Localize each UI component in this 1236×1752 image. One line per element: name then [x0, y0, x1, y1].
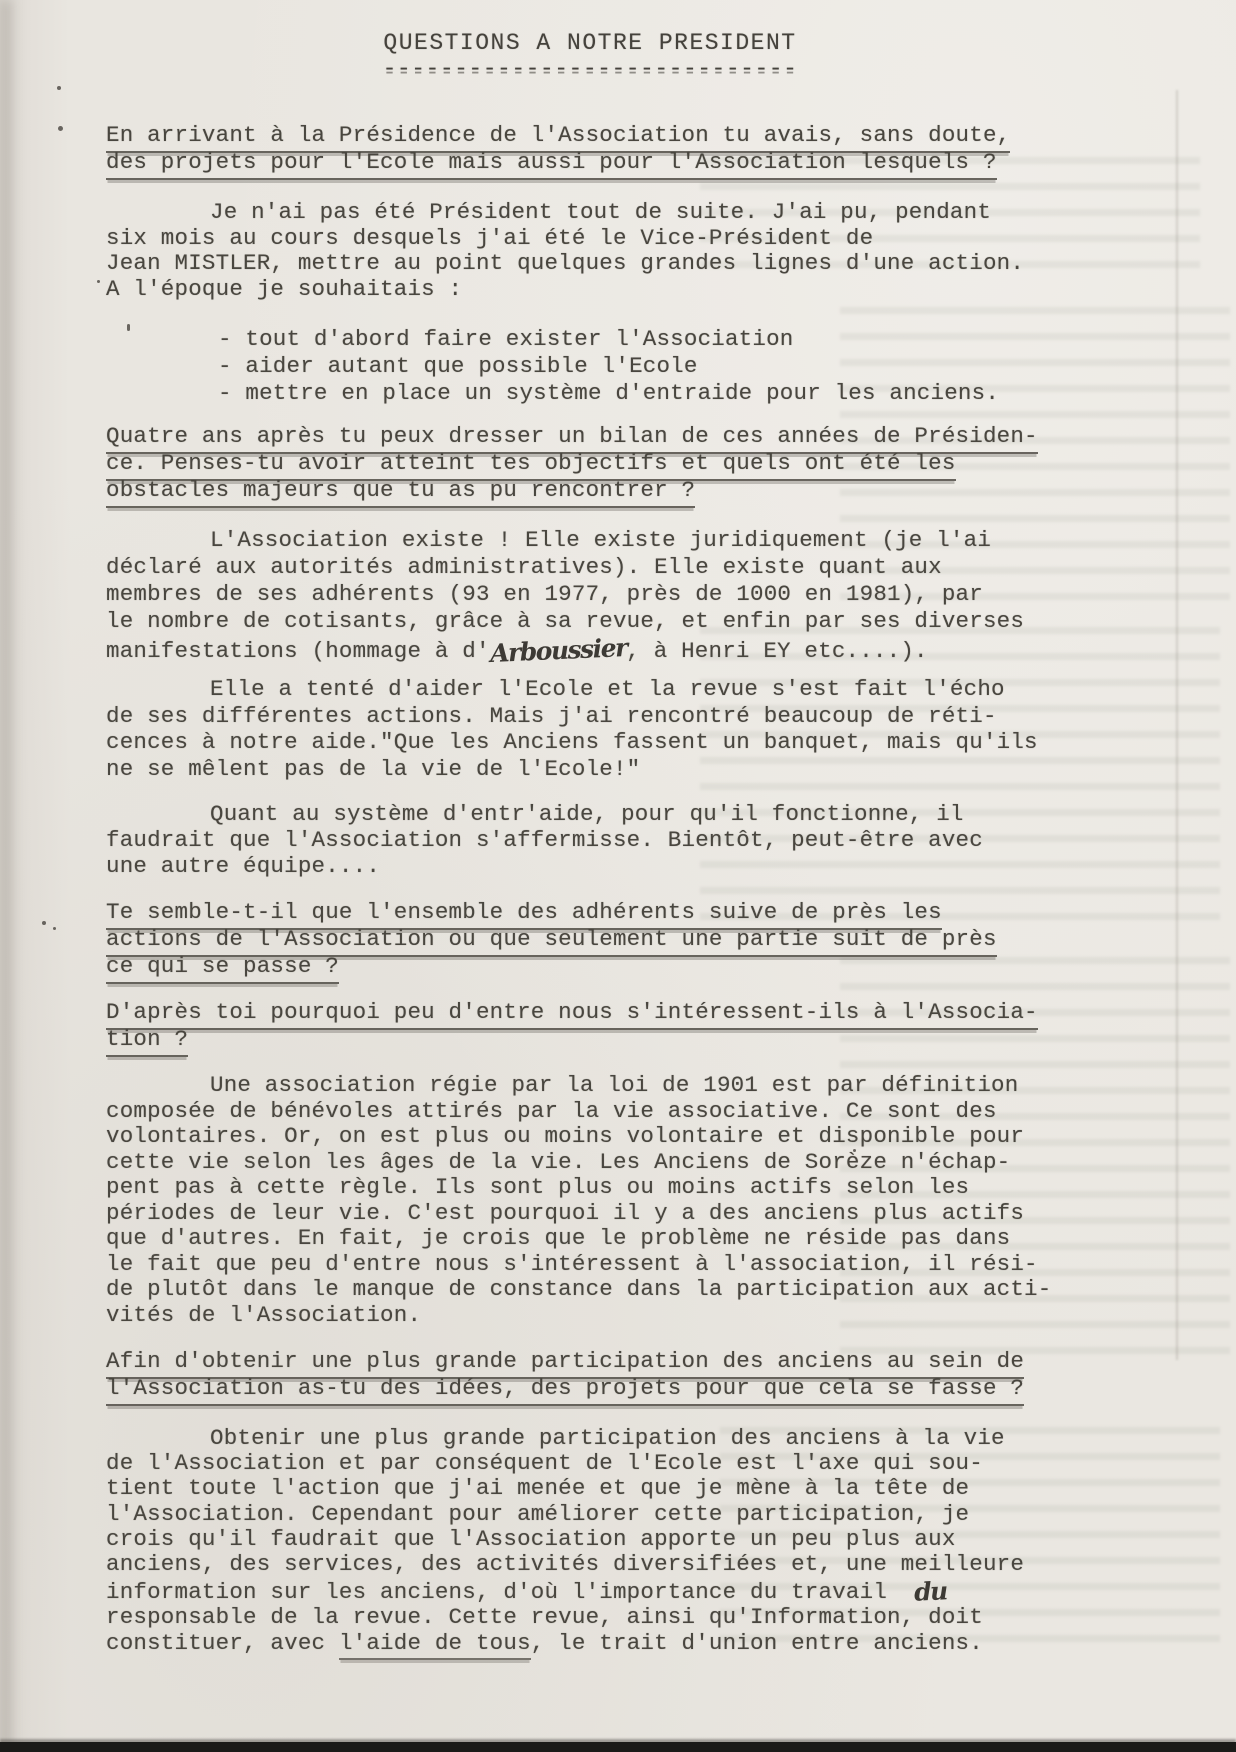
question-1-line-1: En arrivant à la Présidence de l'Associa… — [106, 122, 1010, 149]
question-4: D'après toi pourquoi peu d'entre nous s'… — [106, 999, 1038, 1053]
answer-4-line-4: l'Association. Cependant pour améliorer … — [106, 1502, 1024, 1527]
bullet-item-1: - tout d'abord faire exister l'Associati… — [218, 326, 999, 353]
ink-speck — [57, 86, 61, 90]
answer-4-line-9: constituer, avec l'aide de tous, le trai… — [106, 1631, 1024, 1656]
answer-3-line-10: vités de l'Association. — [106, 1303, 1051, 1329]
paper-left-edge — [0, 0, 12, 1752]
bullet-list: - tout d'abord faire exister l'Associati… — [218, 326, 999, 407]
question-2-line-3: obstacles majeurs que tu as pu rencontre… — [106, 477, 1038, 504]
answer-2-p3-line-2: faudrait que l'Association s'affermisse.… — [106, 827, 983, 853]
answer-2-p2-line-3: cences à notre aide."Que les Anciens fas… — [106, 729, 1038, 756]
title-underline: ----------------------------- — [0, 56, 1180, 82]
question-4-line-1: D'après toi pourquoi peu d'entre nous s'… — [106, 999, 1038, 1026]
answer-2-paragraph-3: Quant au système d'entr'aide, pour qu'il… — [106, 801, 983, 879]
answer-1-line-1: Je n'ai pas été Président tout de suite.… — [106, 200, 1024, 226]
answer-2-p1-line-5: manifestations (hommage à d'Arboussier, … — [106, 635, 1024, 665]
answer-2-p3-line-1: Quant au système d'entr'aide, pour qu'il… — [106, 801, 983, 827]
bullet-item-2: - aider autant que possible l'Ecole — [218, 353, 999, 380]
answer-1-line-3: Jean MISTLER, mettre au point quelques g… — [106, 251, 1024, 277]
answer-2-paragraph-2: Elle a tenté d'aider l'Ecole et la revue… — [106, 676, 1038, 782]
answer-1-line-2: six mois au cours desquels j'ai été le V… — [106, 226, 1024, 252]
bullet-item-3: - mettre en place un système d'entraide … — [218, 380, 999, 407]
answer-2-p2-line-2: de ses différentes actions. Mais j'ai re… — [106, 703, 1038, 730]
ink-speck — [42, 921, 46, 925]
question-2-line-1: Quatre ans après tu peux dresser un bila… — [106, 423, 1038, 450]
answer-4-line-3: tient toute l'action que j'ai menée et q… — [106, 1476, 1024, 1501]
ink-speck — [97, 280, 100, 283]
question-3-line-1: Te semble-t-il que l'ensemble des adhére… — [106, 899, 997, 926]
answer-1: Je n'ai pas été Président tout de suite.… — [106, 200, 1024, 302]
answer-4-line-6: anciens, des services, des activités div… — [106, 1552, 1024, 1577]
answer-2-p3-line-3: une autre équipe.... — [106, 853, 983, 879]
question-5: Afin d'obtenir une plus grande participa… — [106, 1348, 1024, 1402]
question-2-line-2: ce. Penses-tu avoir atteint tes objectif… — [106, 450, 1038, 477]
answer-4: Obtenir une plus grande participation de… — [106, 1426, 1024, 1656]
answer-3-line-6: périodes de leur vie. C'est pourquoi il … — [106, 1201, 1051, 1227]
underlined-phrase: l'aide de tous — [339, 1630, 531, 1660]
handwritten-word-du: du — [914, 1579, 948, 1606]
question-1-line-2: des projets pour l'Ecole mais aussi pour… — [106, 149, 1010, 176]
question-3: Te semble-t-il que l'ensemble des adhére… — [106, 899, 997, 980]
answer-3-line-8: le fait que peu d'entre nous s'intéresse… — [106, 1252, 1051, 1278]
answer-3-line-5: pent pas à cette règle. Ils sont plus ou… — [106, 1175, 1051, 1201]
answer-2-p1-line-1: L'Association existe ! Elle existe jurid… — [106, 527, 1024, 554]
answer-4-line-1: Obtenir une plus grande participation de… — [106, 1426, 1024, 1451]
question-4-line-2: tion ? — [106, 1026, 1038, 1053]
answer-3: Une association régie par la loi de 1901… — [106, 1073, 1051, 1328]
answer-2-p2-line-1: Elle a tenté d'aider l'Ecole et la revue… — [106, 676, 1038, 703]
answer-3-line-2: composée de bénévoles attirés par la vie… — [106, 1099, 1051, 1125]
handwritten-name: Arboussier — [489, 634, 627, 667]
answer-2-p1-line-2: déclaré aux autorités administratives). … — [106, 554, 1024, 581]
ink-speck — [58, 126, 63, 131]
document-page: QUESTIONS A NOTRE PRESIDENT ------------… — [0, 0, 1236, 1752]
question-5-line-1: Afin d'obtenir une plus grande participa… — [106, 1348, 1024, 1375]
answer-1-line-4: A l'époque je souhaitais : — [106, 277, 1024, 303]
answer-3-line-4: cette vie selon les âges de la vie. Les … — [106, 1150, 1051, 1176]
answer-4-line-8: responsable de la revue. Cette revue, ai… — [106, 1605, 1024, 1630]
question-2: Quatre ans après tu peux dresser un bila… — [106, 423, 1038, 504]
answer-2-p1-line-3: membres de ses adhérents (93 en 1977, pr… — [106, 581, 1024, 608]
answer-3-line-7: que d'autres. En fait, je crois que le p… — [106, 1226, 1051, 1252]
question-1: En arrivant à la Présidence de l'Associa… — [106, 122, 1010, 176]
answer-2-paragraph-1: L'Association existe ! Elle existe jurid… — [106, 527, 1024, 665]
answer-4-line-7: information sur les anciens, d'où l'impo… — [106, 1577, 1024, 1605]
answer-2-p1-line-4: le nombre de cotisants, grâce à sa revue… — [106, 608, 1024, 635]
answer-4-line-5: crois qu'il faudrait que l'Association a… — [106, 1527, 1024, 1552]
answer-2-p2-line-4: ne se mêlent pas de la vie de l'Ecole!" — [106, 756, 1038, 783]
question-5-line-2: l'Association as-tu des idées, des proje… — [106, 1375, 1024, 1402]
question-3-line-3: ce qui se passe ? — [106, 953, 997, 980]
answer-3-line-1: Une association régie par la loi de 1901… — [106, 1073, 1051, 1099]
answer-3-line-9: de plutôt dans le manque de constance da… — [106, 1277, 1051, 1303]
ink-speck — [53, 927, 56, 930]
question-3-line-2: actions de l'Association ou que seulemen… — [106, 926, 997, 953]
ink-speck — [127, 324, 130, 331]
answer-3-line-3: volontaires. Or, on est plus ou moins vo… — [106, 1124, 1051, 1150]
scan-edge-bar — [0, 1742, 1236, 1752]
paper-crease — [1176, 90, 1178, 1360]
answer-4-line-2: de l'Association et par conséquent de l'… — [106, 1451, 1024, 1476]
document-title: QUESTIONS A NOTRE PRESIDENT — [0, 30, 1180, 56]
